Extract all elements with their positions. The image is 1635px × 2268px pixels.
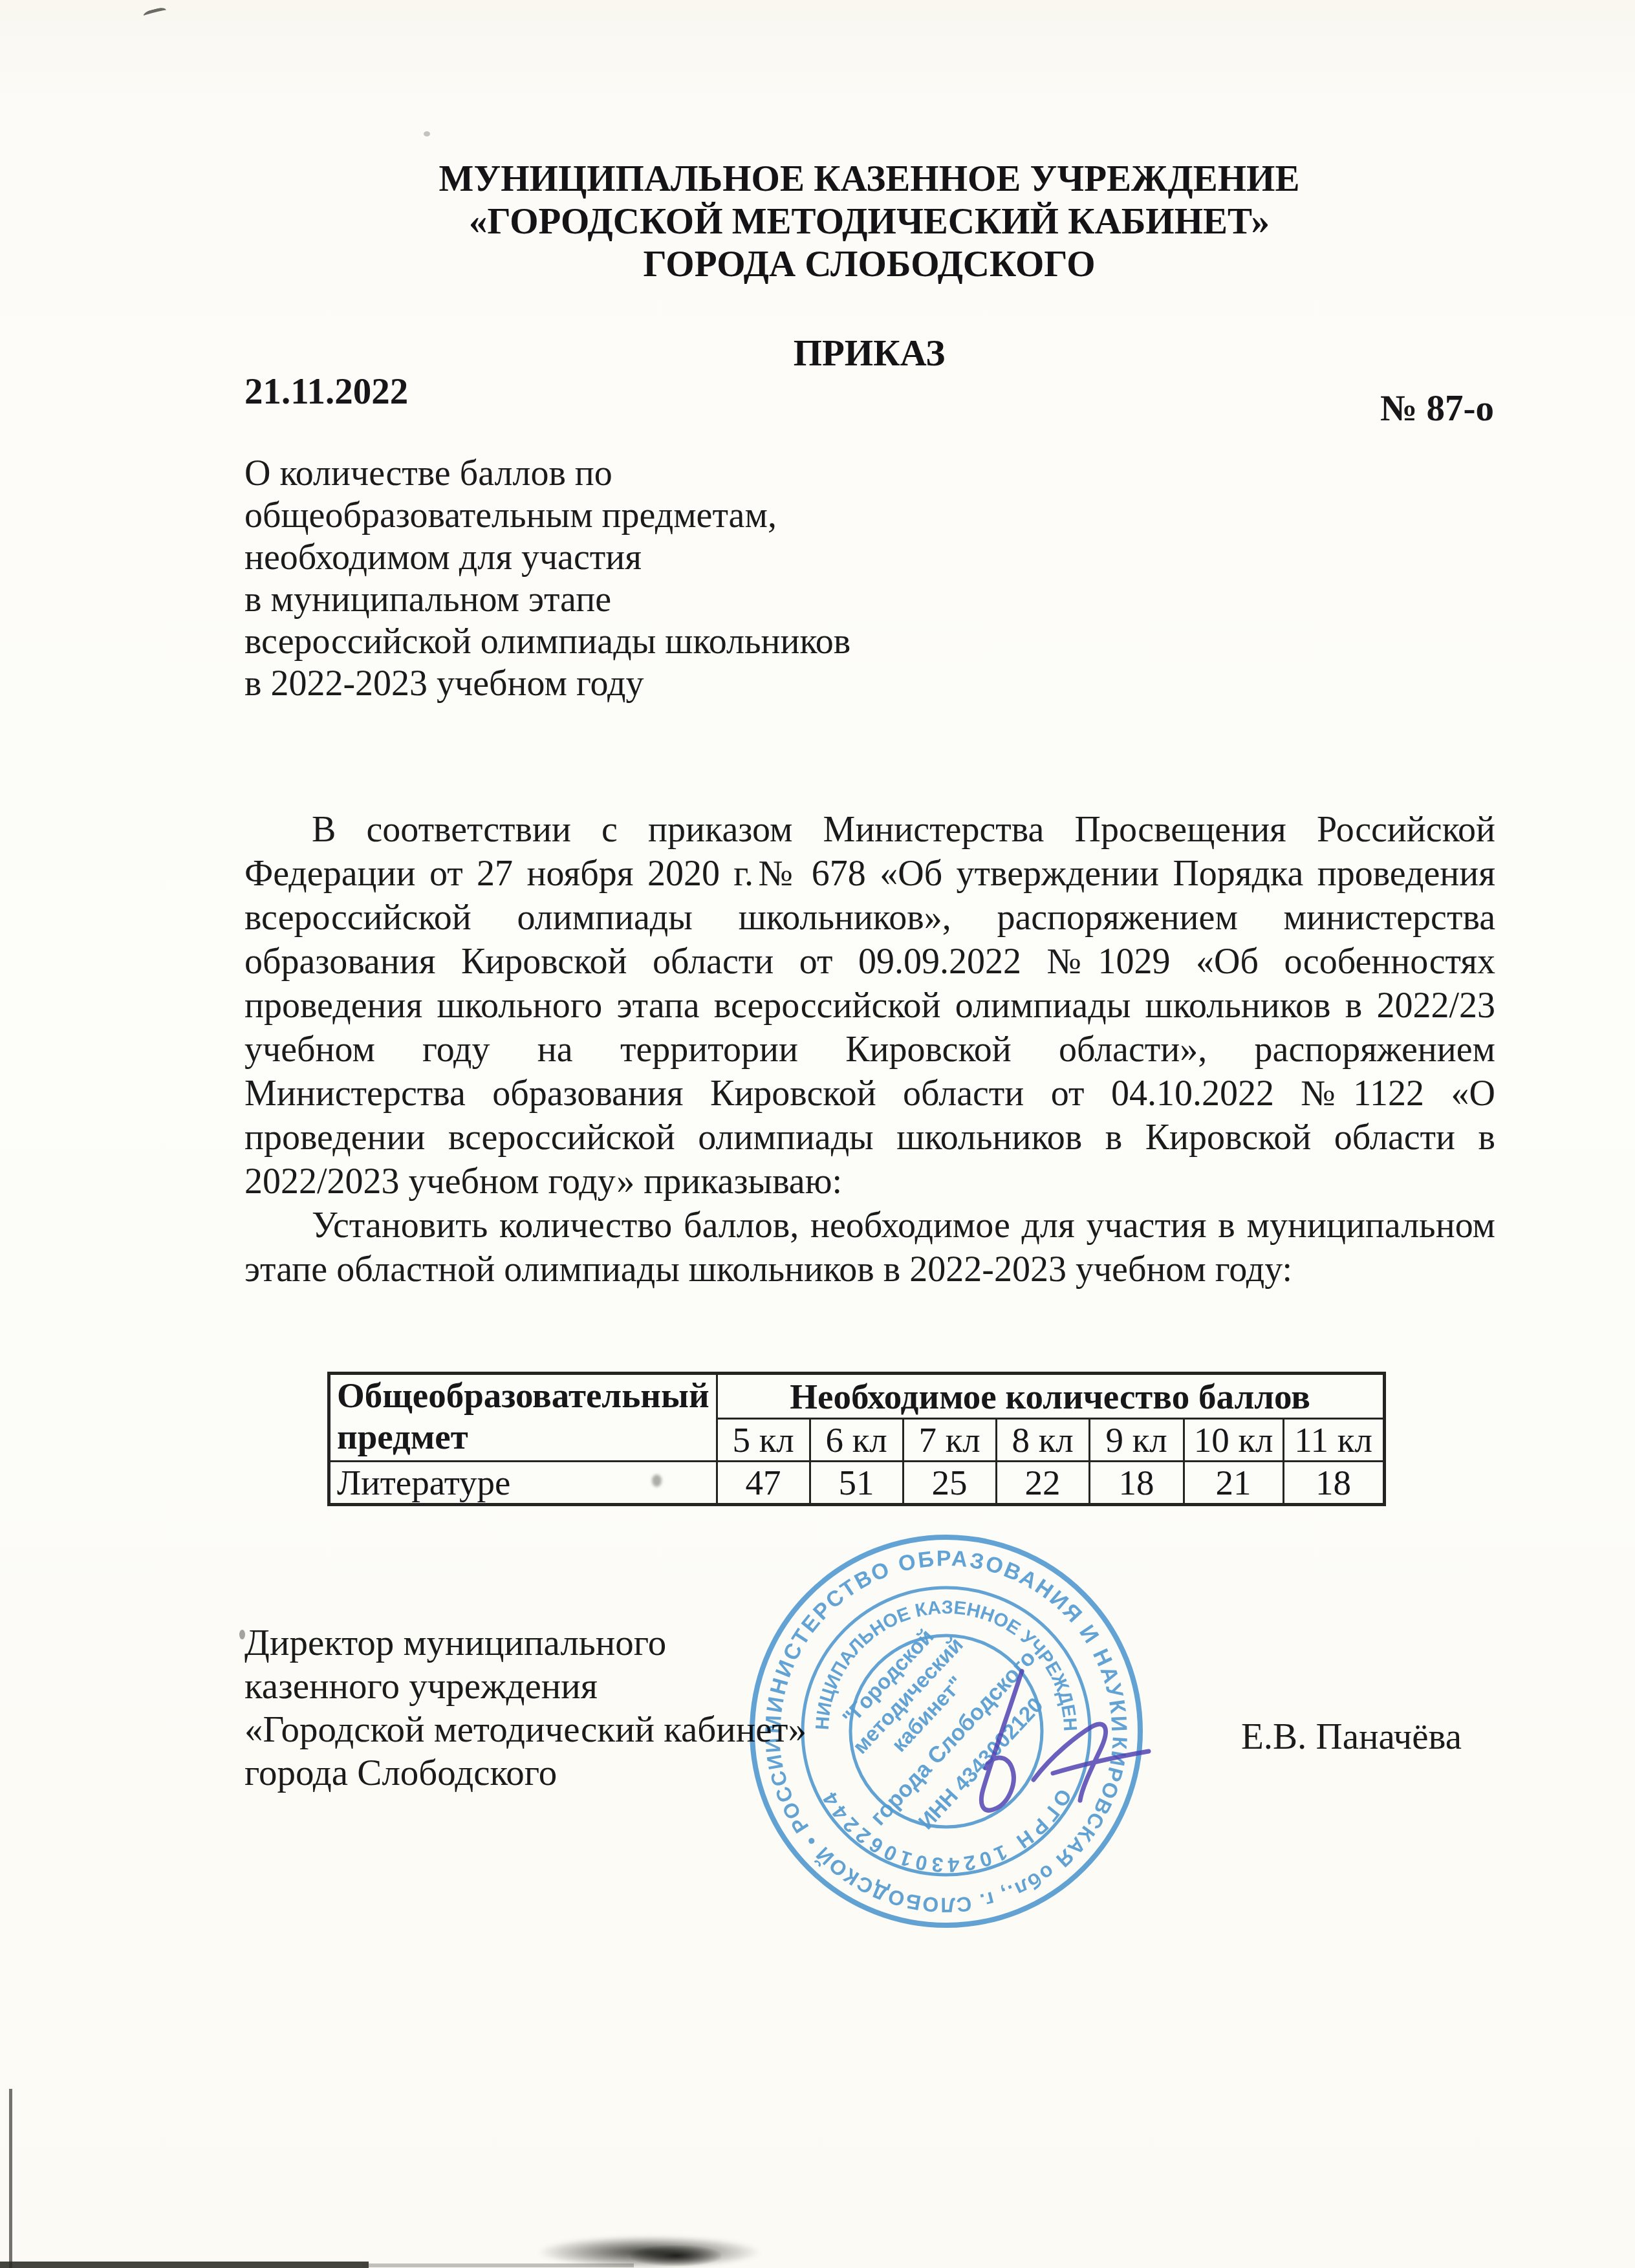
class-header-8: 8 кл [996, 1419, 1089, 1462]
class-header-9: 9 кл [1089, 1419, 1184, 1462]
class-header-7: 7 кл [903, 1419, 996, 1462]
table-header-row: Общеобразовательный предмет Необходимое … [329, 1374, 1385, 1419]
scan-artifact [424, 131, 430, 136]
scan-artifact [539, 2236, 759, 2268]
subject-line: общеобразовательным предметам, [244, 495, 850, 537]
scan-artifact [0, 2262, 369, 2268]
score-cell-10кл: 21 [1184, 1462, 1283, 1505]
score-cell-6кл: 51 [810, 1462, 903, 1505]
table-row: Литературе 47 51 25 22 18 21 18 [329, 1462, 1385, 1505]
document-body: В соответствии с приказом Министерства П… [244, 808, 1495, 1291]
subject-line: в 2022-2023 учебном году [244, 663, 850, 705]
subject-cell: Литературе [329, 1462, 717, 1505]
class-header-6: 6 кл [810, 1419, 903, 1462]
scan-artifact [9, 2089, 12, 2268]
score-cell-9кл: 18 [1089, 1462, 1184, 1505]
signatory-title-line: Директор муниципального [244, 1621, 807, 1665]
document-page: МУНИЦИПАЛЬНОЕ КАЗЕННОЕ УЧРЕЖДЕНИЕ «ГОРОД… [0, 0, 1635, 2268]
subject-line: всероссийской олимпиады школьников [244, 621, 850, 663]
subject-column-header: Общеобразовательный предмет [329, 1374, 717, 1462]
subject-line: О количестве баллов по [244, 453, 850, 495]
subject-line: в муниципальном этапе [244, 579, 850, 621]
document-date: 21.11.2022 [244, 371, 408, 413]
points-group-header: Необходимое количество баллов [717, 1374, 1384, 1419]
document-type-title: ПРИКАЗ [244, 332, 1494, 374]
signatory-title-line: города Слободского [244, 1751, 807, 1795]
date-number-row: 21.11.2022 № 87-о [244, 371, 1494, 413]
scores-table: Общеобразовательный предмет Необходимое … [327, 1372, 1386, 1506]
signatory-title: Директор муниципального казенного учрежд… [244, 1621, 807, 1795]
class-header-11: 11 кл [1283, 1419, 1384, 1462]
org-line: ГОРОДА СЛОБОДСКОГО [244, 243, 1494, 286]
scan-artifact [631, 2245, 721, 2266]
document-subject: О количестве баллов по общеобразовательн… [244, 453, 850, 705]
org-line: «ГОРОДСКОЙ МЕТОДИЧЕСКИЙ КАБИНЕТ» [244, 200, 1494, 243]
body-paragraph-1: В соответствии с приказом Министерства П… [244, 808, 1495, 1204]
document-number: № 87-о [1380, 387, 1494, 429]
stamp-graphic: МИНИСТЕРСТВО ОБРАЗОВАНИЯ И НАУКИ КИРОВСК… [730, 1521, 1182, 1948]
subject-line: необходимом для участия [244, 537, 850, 579]
scan-artifact [143, 6, 168, 21]
org-line: МУНИЦИПАЛЬНОЕ КАЗЕННОЕ УЧРЕЖДЕНИЕ [244, 158, 1494, 200]
signatory-name: Е.В. Паначёва [1241, 1716, 1462, 1758]
score-cell-7кл: 25 [903, 1462, 996, 1505]
score-cell-8кл: 22 [996, 1462, 1089, 1505]
body-paragraph-2: Установить количество баллов, необходимо… [244, 1204, 1495, 1291]
scan-artifact [362, 2263, 634, 2267]
score-cell-11кл: 18 [1283, 1462, 1384, 1505]
official-stamp: МИНИСТЕРСТВО ОБРАЗОВАНИЯ И НАУКИ КИРОВСК… [730, 1521, 1182, 1948]
signatory-title-line: казенного учреждения [244, 1665, 807, 1708]
score-cell-5кл: 47 [717, 1462, 810, 1505]
class-header-5: 5 кл [717, 1419, 810, 1462]
organization-name: МУНИЦИПАЛЬНОЕ КАЗЕННОЕ УЧРЕЖДЕНИЕ «ГОРОД… [244, 158, 1494, 286]
class-header-10: 10 кл [1184, 1419, 1283, 1462]
signatory-title-line: «Городской методический кабинет» [244, 1708, 807, 1751]
